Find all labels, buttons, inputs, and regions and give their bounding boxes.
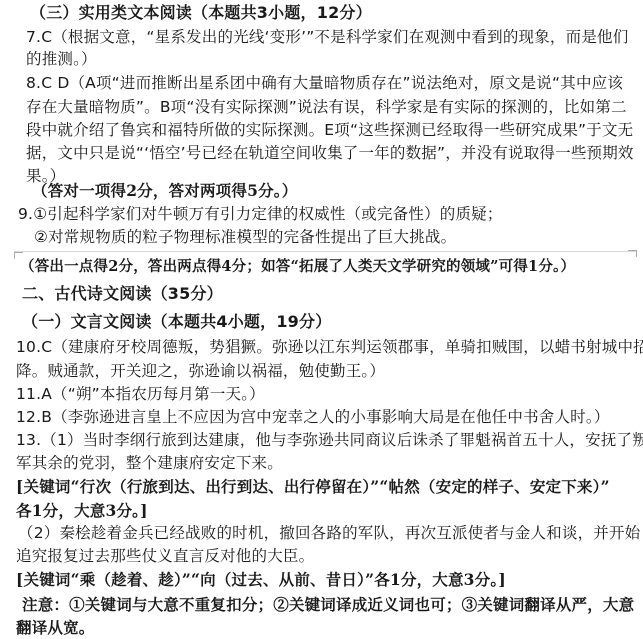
answer-9-scoring: （答出一点得2分，答出两点得4分；如答“拓展了人类天文学研究的领域”可得1分。）	[20, 256, 575, 278]
answer-13-1-keywords-line-1: [关键词“行次（行旅到达、出行到达、出行停留在）”“帖然（安定的样子、安定下来）…	[16, 476, 610, 498]
answer-8-line-1: 8.C D（A项“进而推断出星系团中确有大量暗物质存在”说法绝对，原文是说“其中…	[26, 72, 623, 94]
answer-8-line-2: 存在大量暗物质”。B项“没有实际探测”说法有误，科学家是有实际的探测的，比如第二	[26, 96, 627, 118]
answer-8-line-3: 段中就介绍了鲁宾和福特所做的实际探测。E项“这些探测已经取得一些研究成果”于文无	[26, 119, 633, 141]
page-corner-right	[628, 250, 637, 257]
answer-7-line-2: 的推测。）	[26, 48, 97, 70]
answer-13-2-line-1: （2）秦桧趁着金兵已经战败的时机，撤回各路的军队，再次互派使者与金人和谈，并开始	[18, 522, 640, 544]
answer-13-1-keywords-line-2: 各1分，大意3分。]	[16, 500, 148, 522]
answer-7-line-1: 7.C（根据文意，“星系发出的光线‘变形’”不是科学家们在观测中看到的现象，而是…	[26, 26, 628, 48]
answer-8-line-4: 据，文中只是说“‘悟空’号已经在轨道空间收集了一年的数据”，并没有说取得一些预期…	[26, 142, 634, 164]
page-break-divider	[14, 251, 637, 252]
answer-13-2-line-2: 追究报复过去那些仗义直言反对他的大臣。	[16, 545, 314, 567]
answer-13-1-line-2: 军其余的党羽，整个建康府安定下来。	[16, 452, 283, 474]
part-2-heading: 二、古代诗文阅读（35分）	[22, 283, 223, 305]
translation-note-line-2: 翻译从宽。	[16, 617, 95, 639]
answer-10-line-2: 降。贼通款，开关迎之，弥逊谕以祸福，勉使勤王。）	[16, 360, 385, 382]
answer-8-scoring: （答对一项得2分，答对两项得5分。）	[32, 180, 297, 202]
classical-reading-heading: （一）文言文阅读（本题共4小题，19分）	[22, 311, 331, 333]
answer-9-line-1: 9.①引起科学家们对牛顿万有引力定律的权威性（或完备性）的质疑；	[18, 203, 503, 225]
answer-9-line-2: ②对常规物质的粒子物理标准模型的完备性提出了巨大挑战。	[34, 226, 456, 248]
answer-11: 11.A（“朔”本指农历每月第一天。）	[16, 383, 265, 405]
answer-12: 12.B（李弥逊进言皇上不应因为宫中宠幸之人的小事影响大局是在他任中书舍人时。）	[16, 406, 610, 428]
section-3-heading: （三）实用类文本阅读（本题共3小题，12分）	[30, 2, 372, 24]
answer-13-2-keywords: [关键词“乘（趁着、趁）”“向（过去、从前、昔日）”各1分，大意3分。]	[16, 569, 506, 591]
answer-13-1-line-1: 13.（1）当时李纲行旅到达建康，他与李弥逊共同商议后诛杀了罪魁祸首五十人，安抚…	[16, 429, 643, 451]
translation-note-line-1: 注意：①关键词与大意不重复扣分；②关键词译成近义词也可；③关键词翻译从严，大意	[22, 594, 634, 616]
answer-10-line-1: 10.C（建康府牙校周德叛，势猖獗。弥逊以江东判运领郡事，单骑扣贼围，以蜡书射城…	[16, 336, 643, 358]
